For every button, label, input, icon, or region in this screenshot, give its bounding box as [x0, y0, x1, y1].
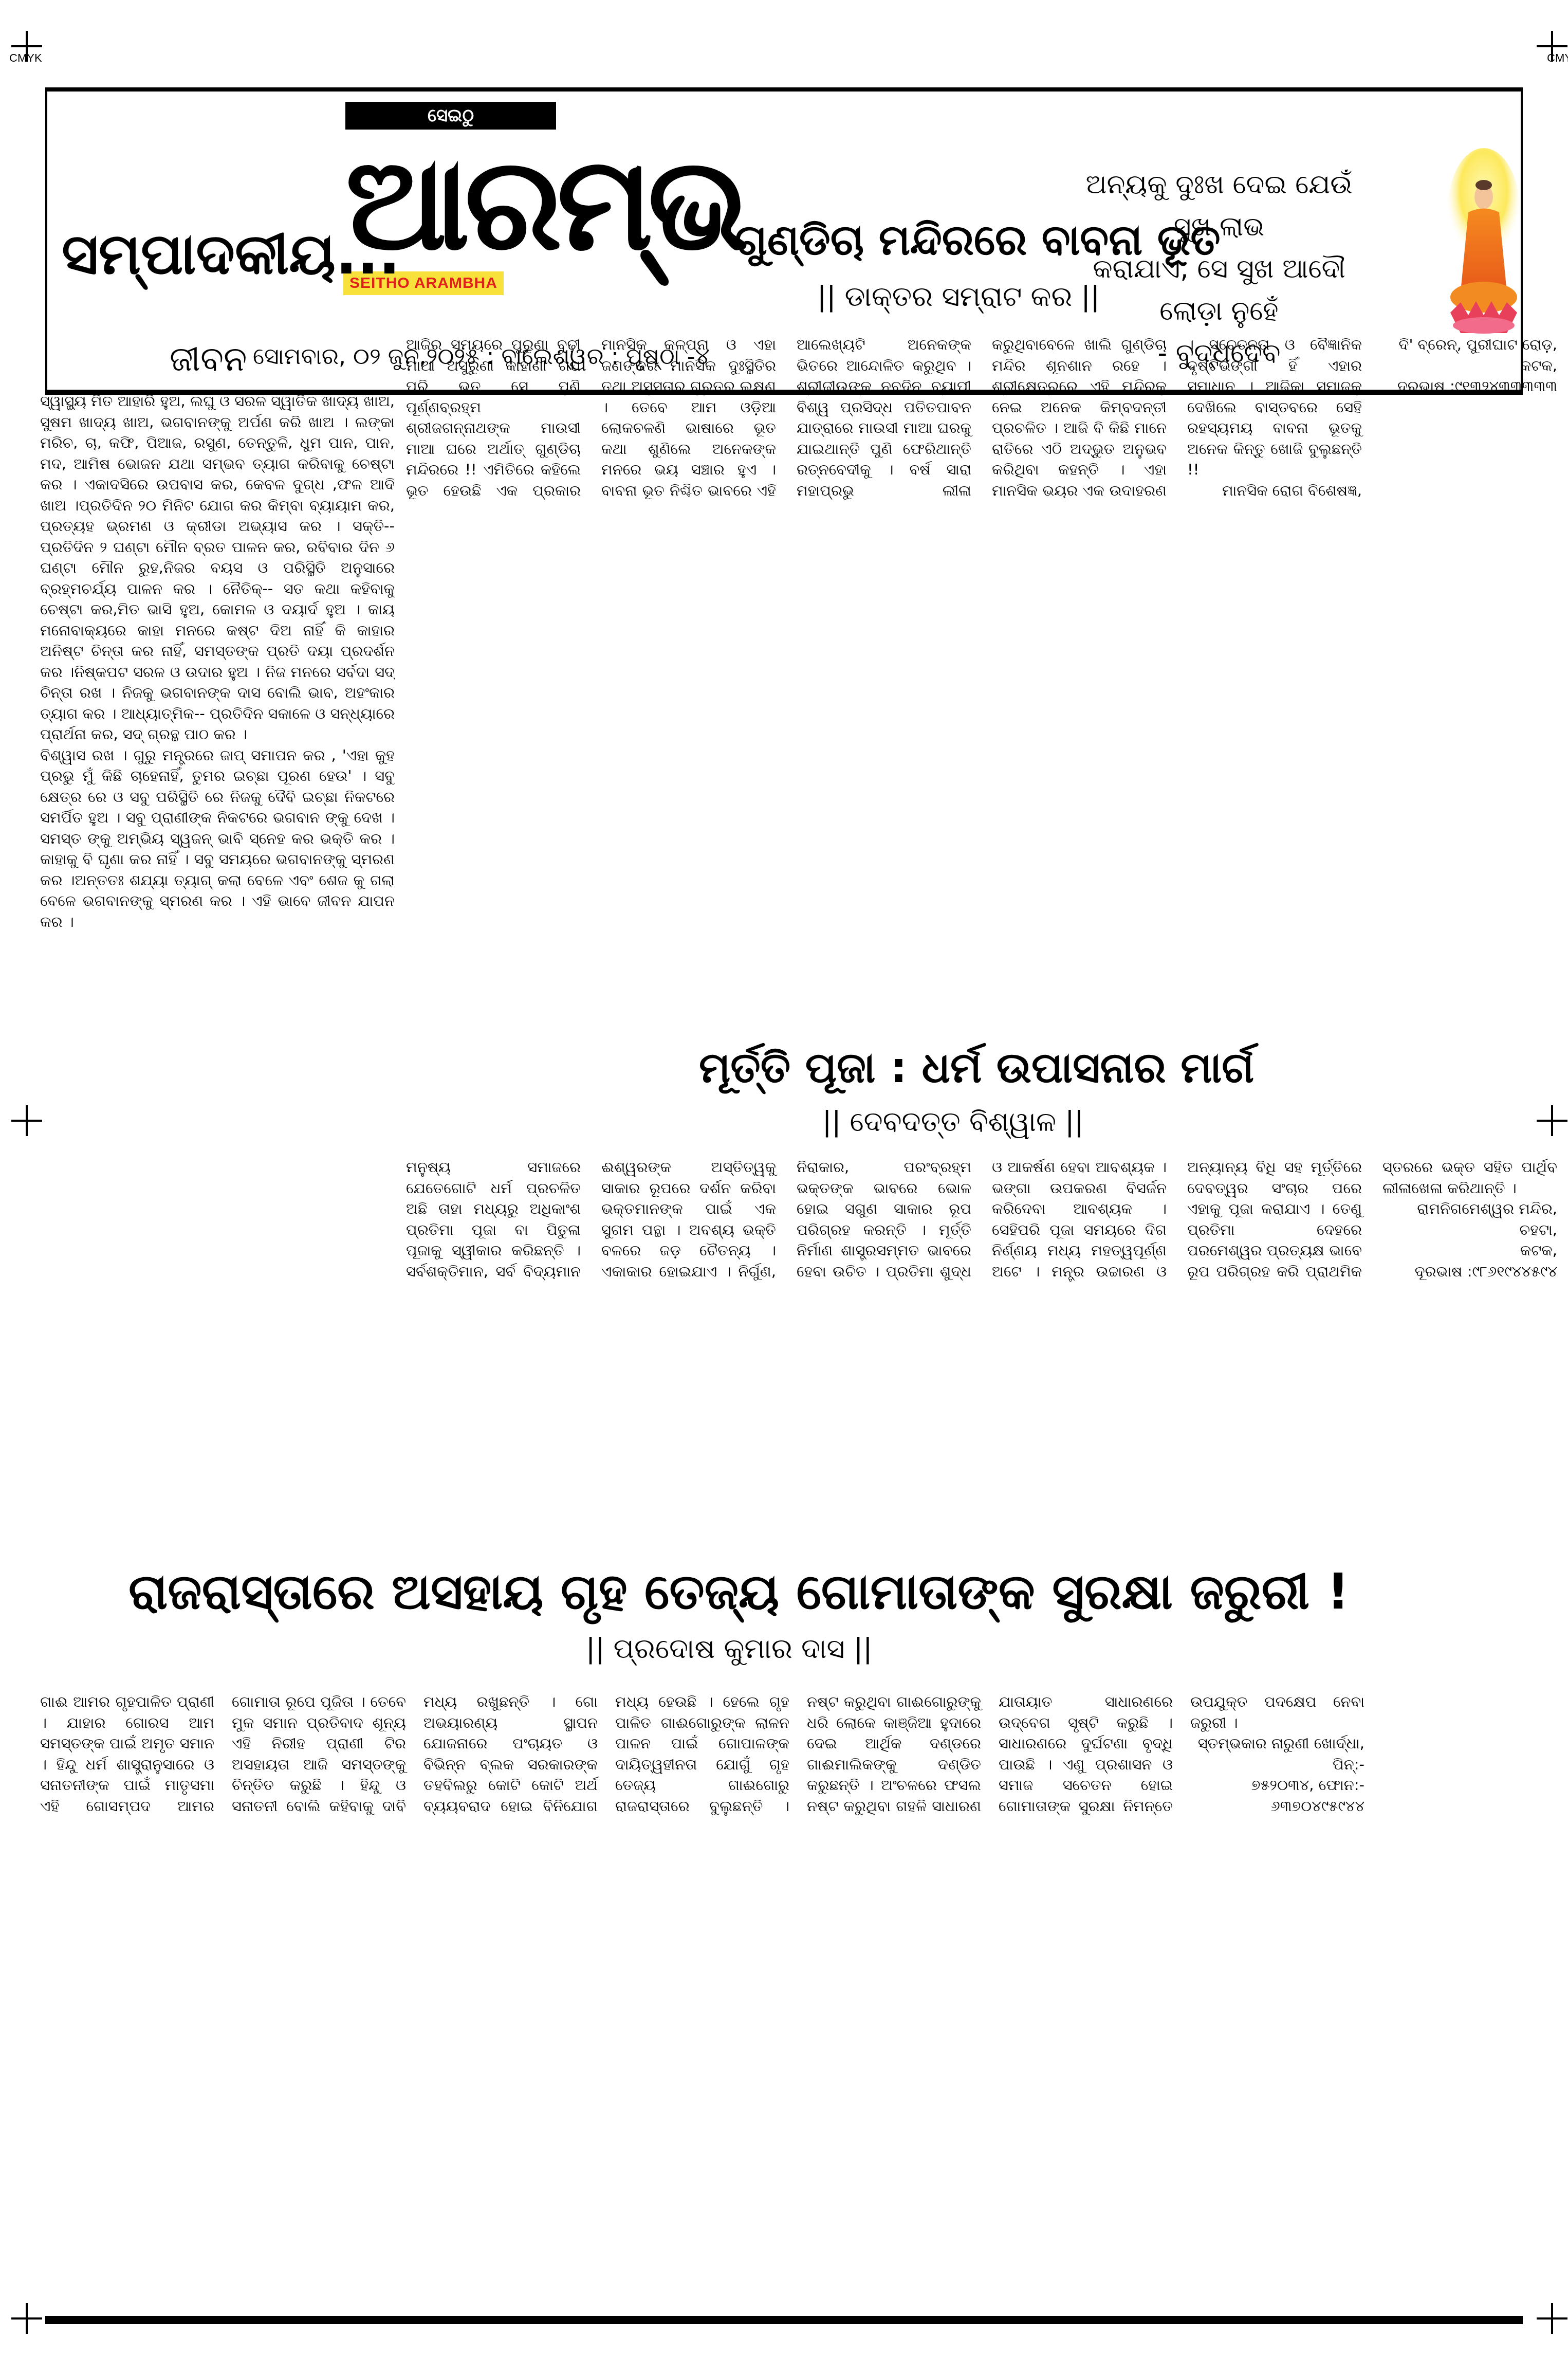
cmyk-label: CMYK	[1547, 51, 1557, 65]
article-body: ଗାଈ ଆମର ଗୃହପାଳିତ ପ୍ରାଣୀ । ଯାହାର ଗୋରସ ଆମ …	[40, 1691, 1556, 2308]
editorial-body: ସ୍ୱାସ୍ଥ୍ୟ ମିତ ଆହାରି ହୁଅ, ଲଘୁ ଓ ସରଳ ସ୍ୱାତ…	[40, 391, 395, 1393]
article-text: ଗାଈ ଆମର ଗୃହପାଳିତ ପ୍ରାଣୀ । ଯାହାର ଗୋରସ ଆମ …	[40, 1691, 1364, 1816]
author-signature: ସ୍ତମ୍ଭକାର ନାରୁଣୀ ଖୋର୍ଦ୍ଧା, ପିନ୍:- ୭୫୨୦୩୪…	[1190, 1733, 1364, 1816]
editorial-paragraph: ବିଶ୍ୱାସ ରଖ । ଗୁରୁ ମନ୍ତ୍ରରେ ଜାପ୍ ସମାପନ କର…	[40, 745, 395, 933]
registration-mark-bottom-left	[11, 2303, 42, 2334]
author-phone: ୬୩୭୦୪୯୫୯୪୪	[1190, 1796, 1364, 1817]
registration-mark-mid-right	[1537, 1105, 1567, 1136]
editorial-paragraph: ସ୍ୱାସ୍ଥ୍ୟ ମିତ ଆହାରି ହୁଅ, ଲଘୁ ଓ ସରଳ ସ୍ୱାତ…	[40, 391, 395, 745]
article-byline: || ପ୍ରଦୋଷ କୁମାର ଦାସ ||	[586, 1632, 872, 1665]
article-text: ଆଜିର ସମୟରେ ପୁରୁଣା ବୁଢ଼ୀ ମାଆ ଅସୁରୁଣୀ କାହା…	[406, 334, 1362, 501]
editorial-title: ଜୀବନ	[170, 339, 247, 380]
bottom-rule	[45, 2316, 1523, 2324]
author-phone: ଦୂରଭାଷ :୯୮୬୧୯୪୪୫୯୪	[1382, 1261, 1557, 1282]
article-byline: || ଦେବଦତ୍ତ ବିଶ୍ୱାଳ ||	[822, 1105, 1084, 1138]
article-headline: ଗୁଣ୍ଡିଚା ମନ୍ଦିରରେ ବାବନା ଭୂତ	[735, 216, 1221, 265]
cmyk-label: CMYK	[9, 51, 20, 65]
article-headline: ମୂର୍ତ୍ତି ପୂଜା : ଧର୍ମ ଉପାସନାର ମାର୍ଗ	[699, 1044, 1254, 1093]
article-headline: ରାଜରାସ୍ତାରେ ଅସହାୟ ଗୃହ ତେଜ୍ୟ ଗୋମାତାଙ୍କ ସୁ…	[128, 1563, 1349, 1621]
article-byline: || ଡାକ୍ତର ସମ୍ରାଟ କର ||	[817, 280, 1100, 313]
article-body: ମନୁଷ୍ୟ ସମାଜରେ ଯେତେଗୋଟି ଧର୍ମ ପ୍ରଚଳିତ ଅଛି …	[406, 1157, 1557, 1527]
article-body: ଆଜିର ସମୟରେ ପୁରୁଣା ବୁଢ଼ୀ ମାଆ ଅସୁରୁଣୀ କାହା…	[406, 334, 1557, 1018]
logo-pre-title: ସେଇଠୁ	[345, 102, 556, 130]
buddha-image	[1445, 148, 1522, 354]
editorial-section-title: ସମ୍ପାଦକୀୟ...	[62, 221, 400, 288]
author-phone: ଦୂରଭାଷ :୯୧୩୨୪୩୩୩୩୩	[1382, 376, 1557, 397]
author-signature: ରାମନିଗମେଶ୍ୱର ମନ୍ଦିର, ଚହଟା, କଟକ, ଦୂରଭାଷ :…	[1382, 1198, 1557, 1282]
registration-mark-mid-left	[11, 1105, 42, 1136]
